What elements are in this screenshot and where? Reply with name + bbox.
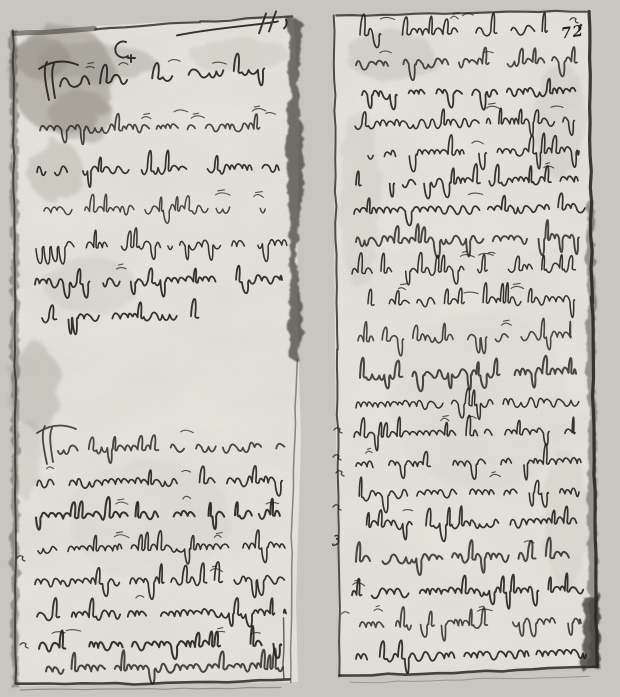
folio-number: 72: [560, 23, 585, 41]
manuscript-photo: 72: [0, 0, 620, 697]
manuscript-art: [0, 0, 620, 697]
left-page: [8, 11, 305, 690]
right-page: [333, 10, 600, 683]
